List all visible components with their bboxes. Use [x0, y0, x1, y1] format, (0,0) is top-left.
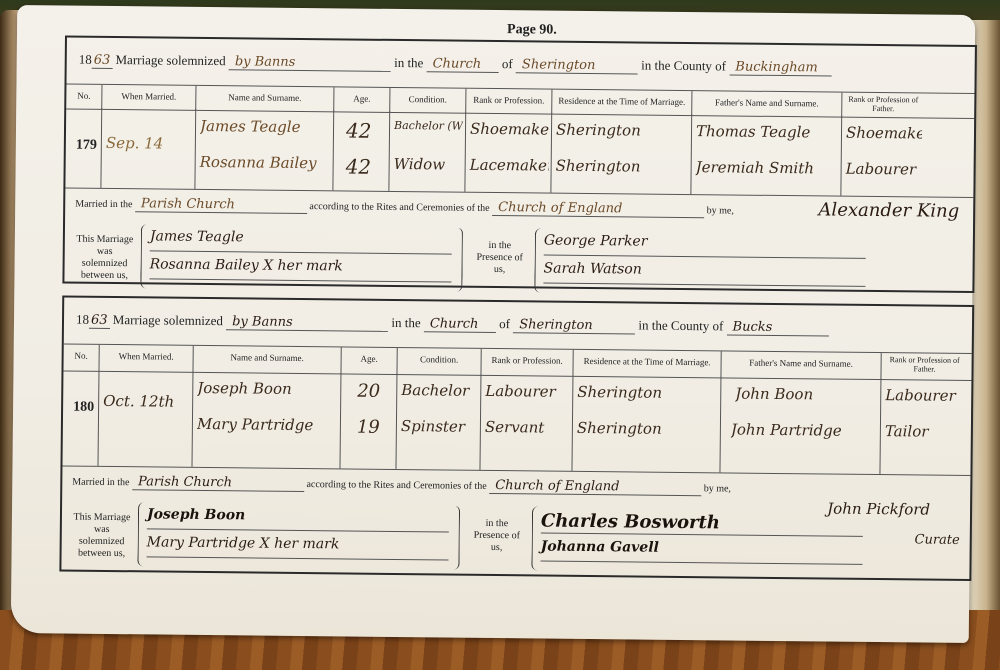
parish-name: Sherington [513, 317, 635, 334]
bride-father: John Partridge [731, 420, 878, 440]
by-me-label: by me, [707, 205, 734, 216]
groom-signature: James Teagle [150, 228, 452, 254]
married-in-place: Parish Church [132, 474, 304, 492]
col-father: Father's Name and Surname. [692, 91, 842, 117]
groom-father-profession: Labourer [885, 386, 965, 405]
col-when-married: When Married. [99, 345, 193, 372]
county-name: Buckingham [729, 59, 831, 76]
witness-2: Johanna Gavell [541, 539, 863, 565]
groom-condition: Bachelor [401, 381, 478, 400]
col-name: Name and Surname. [193, 346, 341, 374]
col-father-profession: Rank or Profession of Father. [881, 353, 967, 380]
bride-father-profession: Labourer [846, 160, 922, 179]
year-prefix: 18 [79, 52, 92, 68]
register-page: Page 90. 1863 Marriage solemnized by Ban… [11, 5, 976, 643]
bride-residence: Sherington [577, 419, 718, 438]
bride-age: 19 [357, 417, 394, 438]
entry-heading: 1863 Marriage solemnized by Banns in the… [76, 312, 960, 349]
bride-profession: Servant [485, 418, 570, 437]
bride-father: Jeremiah Smith [696, 158, 839, 177]
marriage-date: Oct. 12th [103, 392, 190, 411]
rites-label: according to the Rites and Ceremonies of… [309, 201, 489, 214]
solemnized-by: by Banns [229, 54, 391, 72]
bride-condition: Widow [394, 155, 463, 174]
groom-name: James Teagle [200, 117, 331, 136]
rites-of: Church of England [489, 478, 701, 496]
col-age: Age. [334, 87, 390, 112]
col-father-profession: Rank or Profession of Father. [842, 93, 924, 118]
col-residence: Residence at the Time of Marriage. [573, 350, 721, 378]
county-of-label: of [715, 58, 726, 74]
bride-age: 42 [346, 154, 387, 178]
groom-signature: Joseph Boon [147, 506, 449, 532]
rites-label: according to the Rites and Ceremonies of… [306, 479, 486, 492]
bride-signature: Mary Partridge X her mark [147, 534, 449, 560]
bride-signature: Rosanna Bailey X her mark [149, 256, 451, 282]
groom-father-profession: Shoemaker [846, 124, 922, 143]
groom-condition: Bachelor (Widower struck) [394, 119, 463, 133]
col-profession: Rank or Profession. [481, 349, 573, 376]
groom-profession: Shoemaker [470, 120, 549, 139]
church-type: Church [424, 316, 496, 333]
groom-name: Joseph Boon [197, 379, 338, 398]
county-label: in the County [641, 58, 712, 75]
bride-residence: Sherington [556, 157, 689, 176]
of-label: of [499, 316, 510, 332]
groom-profession: Labourer [485, 382, 570, 401]
bride-condition: Spinster [401, 417, 478, 436]
groom-age: 20 [357, 381, 394, 402]
marriage-entry-180: 1863 Marriage solemnized by Banns in the… [59, 295, 974, 581]
col-name: Name and Surname. [196, 86, 334, 111]
marriage-entry-179: 1863 Marriage solemnized by Banns in the… [62, 36, 977, 294]
entry-row: 180 Oct. 12th Joseph Boon Mary Partridge… [62, 370, 971, 477]
groom-residence: Sherington [577, 383, 718, 402]
col-profession: Rank or Profession. [466, 89, 552, 114]
parish-name: Sherington [516, 57, 638, 74]
witness-1: George Parker [544, 233, 866, 259]
church-type: Church [427, 56, 499, 73]
of-label: of [502, 56, 513, 72]
parties-signatures: James Teagle Rosanna Bailey X her mark [140, 224, 463, 291]
solemnized-label: Marriage solemnized [113, 312, 223, 329]
year-suffix: 63 [92, 53, 113, 69]
between-us-label: This Marriage was solemnized between us, [74, 234, 134, 283]
solemnized-by: by Banns [226, 314, 388, 332]
between-us-label: This Marriage was solemnized between us, [72, 512, 132, 561]
groom-father: Thomas Teagle [696, 122, 839, 141]
county-label: in the County [638, 318, 709, 335]
rites-of: Church of England [492, 200, 704, 218]
witness-2: Sarah Watson [543, 261, 865, 287]
presence-label: in the Presence of us, [475, 240, 525, 277]
entry-footer: Married in the Parish Church according t… [64, 188, 973, 292]
entry-row: 179 Sep. 14 James Teagle Rosanna Bailey … [65, 108, 974, 199]
bride-name: Rosanna Bailey [200, 153, 331, 172]
col-condition: Condition. [390, 88, 466, 113]
in-the-label: in the [394, 55, 423, 71]
solemnized-label: Marriage solemnized [115, 52, 225, 69]
witness-signatures: Charles Bosworth Johanna Gavell [531, 506, 863, 573]
witness-1: Charles Bosworth [541, 511, 863, 537]
groom-father: John Boon [735, 385, 878, 404]
groom-age: 42 [346, 118, 387, 142]
married-in-label: Married in the [75, 199, 132, 211]
col-residence: Residence at the Time of Marriage. [552, 90, 692, 115]
marriage-date: Sep. 14 [106, 134, 193, 153]
bride-father-profession: Tailor [885, 422, 965, 441]
parties-signatures: Joseph Boon Mary Partridge X her mark [137, 502, 460, 569]
page-number: Page 90. [507, 22, 557, 39]
year-prefix: 18 [76, 312, 89, 328]
entry-number: 180 [73, 400, 94, 416]
col-no: No. [66, 85, 102, 109]
col-father: Father's Name and Surname. [721, 351, 881, 379]
county-of-label: of [712, 318, 723, 334]
col-age: Age. [341, 347, 397, 374]
col-when-married: When Married. [102, 85, 196, 110]
in-the-label: in the [391, 315, 420, 331]
married-in-place: Parish Church [135, 196, 307, 214]
entry-number: 179 [76, 138, 97, 154]
witness-signatures: George Parker Sarah Watson [534, 228, 866, 295]
col-no: No. [63, 345, 99, 371]
officiant-title: Curate [914, 532, 959, 547]
col-condition: Condition. [397, 348, 481, 375]
by-me-label: by me, [704, 483, 731, 494]
presence-label: in the Presence of us, [472, 518, 522, 555]
entry-footer: Married in the Parish Church according t… [61, 465, 970, 579]
officiant-signature: Alexander King [818, 199, 959, 221]
bride-name: Mary Partridge [197, 415, 338, 434]
county-name: Bucks [727, 319, 829, 336]
officiant-signature: John Pickford [827, 500, 930, 519]
entry-heading: 1863 Marriage solemnized by Banns in the… [79, 52, 963, 89]
groom-residence: Sherington [556, 121, 689, 140]
year-suffix: 63 [89, 313, 110, 329]
bride-profession: Lacemaker [470, 156, 549, 175]
married-in-label: Married in the [72, 477, 129, 489]
